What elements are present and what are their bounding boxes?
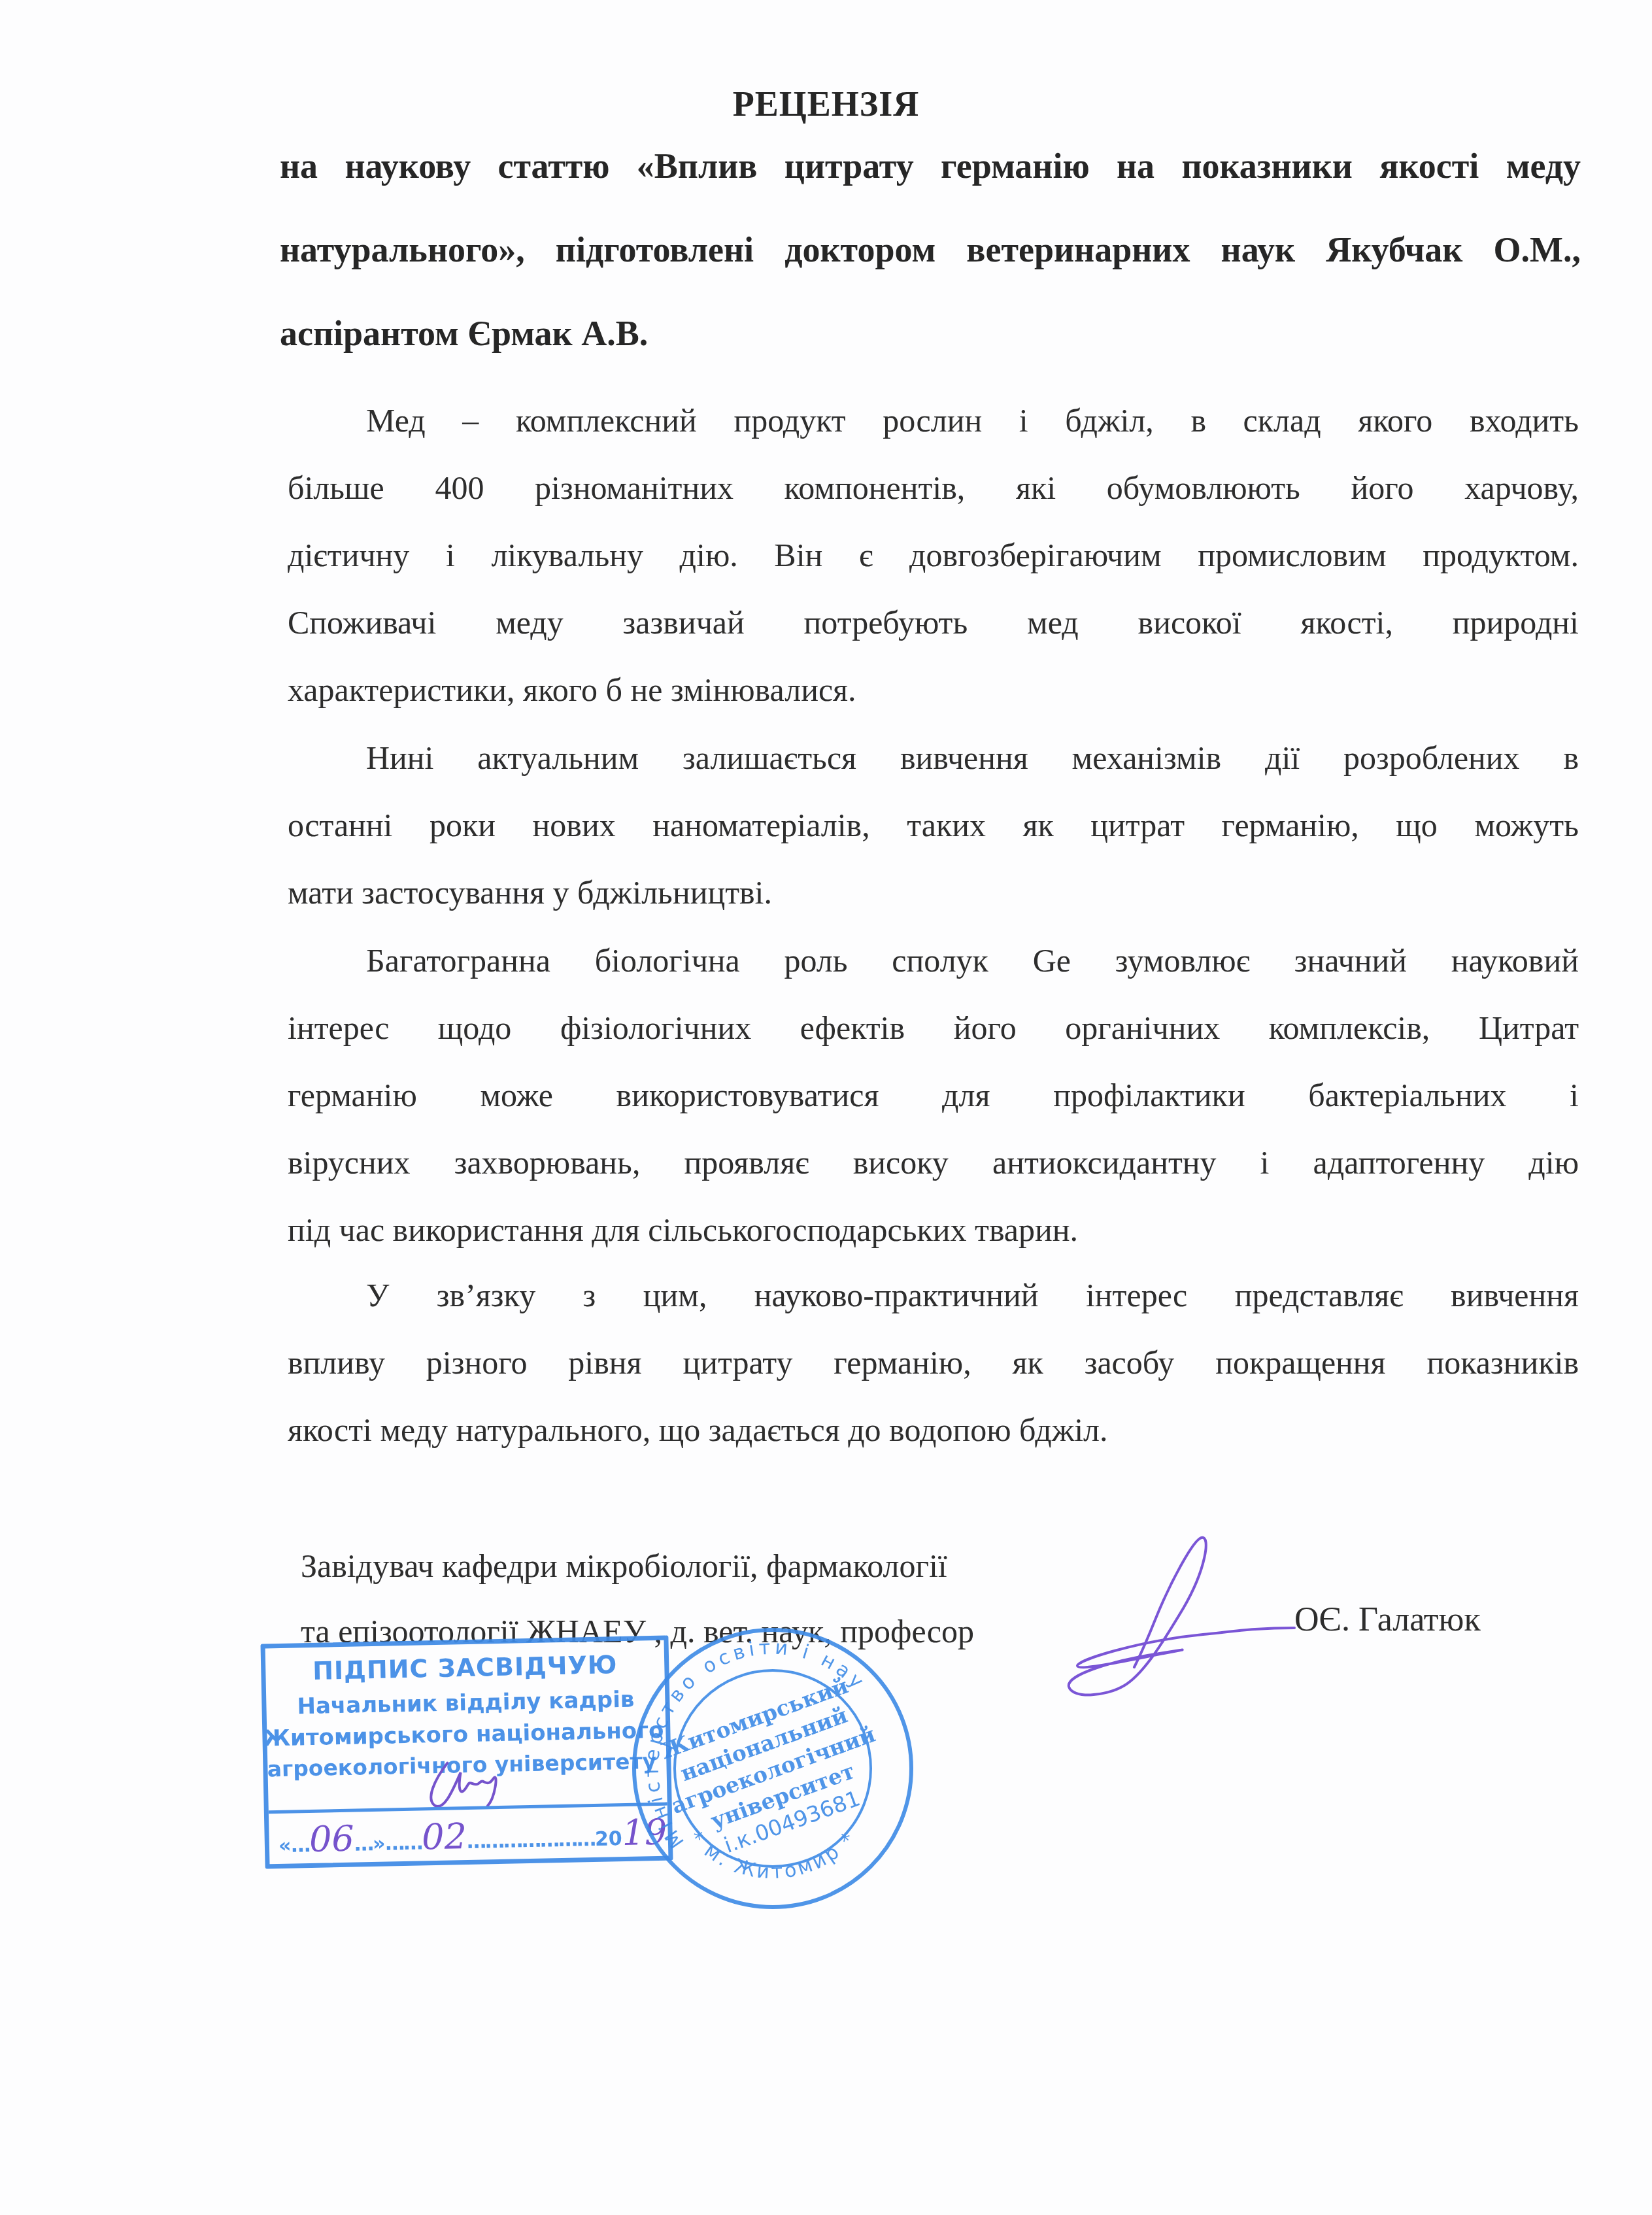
review-document-page: РЕЦЕНЗІЯ на наукову статтю «Вплив цитрат… xyxy=(0,0,1652,2215)
date-dots: …… xyxy=(385,1831,422,1855)
text-line: інтерес щодо фізіологічних ефектів його … xyxy=(288,994,1579,1062)
text-line: У зв’язку з цим, науково-практичний інте… xyxy=(301,1262,1579,1329)
text-line: якості меду натурального, що задається д… xyxy=(288,1396,1579,1464)
paragraph-conclusion: У зв’язку з цим, науково-практичний інте… xyxy=(301,1262,1579,1464)
text-line: дієтичну і лікувальну дію. Він є довгозб… xyxy=(288,522,1579,589)
subtitle-line: на наукову статтю «Вплив цитрату германі… xyxy=(280,124,1581,208)
paragraph-germanium-role: Багатогранна біологічна роль сполук Ge з… xyxy=(301,927,1579,1264)
date-month: 02 xyxy=(422,1816,467,1857)
handwritten-signature-icon xyxy=(1039,1530,1314,1700)
text-line: більше 400 різноманітних компонентів, як… xyxy=(288,454,1579,522)
date-close-quote: » xyxy=(373,1833,386,1855)
text-line: Споживачі меду зазвичай потребують мед в… xyxy=(288,589,1579,656)
stamp-line: Начальник відділу кадрів xyxy=(266,1686,666,1721)
university-seal-icon: Міністерство освіти і науки України * м.… xyxy=(629,1625,917,1912)
date-dots: ………………… xyxy=(467,1828,596,1853)
text-line: германію може використовуватися для проф… xyxy=(288,1062,1579,1129)
document-title: РЕЦЕНЗІЯ xyxy=(0,84,1652,124)
text-line: Нині актуальним залишається вивчення мех… xyxy=(301,724,1579,792)
stamp-date: «…06…»……02…………………2019 xyxy=(278,1812,667,1861)
certification-stamp: ПІДПИС ЗАСВІДЧУЮ Начальник відділу кадрі… xyxy=(260,1636,673,1869)
subtitle-line: натурального», підготовлені доктором вет… xyxy=(280,208,1581,292)
stamp-heading: ПІДПИС ЗАСВІДЧУЮ xyxy=(265,1649,665,1687)
stamp-line: Житомирського національного xyxy=(263,1717,662,1752)
text-line: впливу різного рівня цитрату германію, я… xyxy=(288,1329,1579,1396)
date-dots: … xyxy=(354,1833,373,1856)
text-line: мати застосування у бджільництві. xyxy=(288,859,1579,926)
subtitle-line: аспірантом Єрмак А.В. xyxy=(280,292,1581,375)
text-line: останні роки нових наноматеріалів, таких… xyxy=(288,792,1579,859)
text-line: під час використання для сільськогоспода… xyxy=(288,1196,1579,1264)
document-subtitle: на наукову статтю «Вплив цитрату германі… xyxy=(280,124,1581,375)
text-line: характеристики, якого б не змінювалися. xyxy=(288,656,1579,724)
date-dots: … xyxy=(291,1834,310,1857)
signer-position-line: Завідувач кафедри мікробіології, фармако… xyxy=(301,1533,1543,1598)
text-line: вірусних захворювань, проявляє високу ан… xyxy=(288,1129,1579,1196)
text-line: Мед – комплексний продукт рослин і бджіл… xyxy=(301,387,1579,454)
date-year-prefix: 20 xyxy=(595,1827,622,1851)
signer-name: ОЄ. Галатюк xyxy=(1294,1600,1481,1639)
paragraph-honey: Мед – комплексний продукт рослин і бджіл… xyxy=(301,387,1579,724)
date-open-quote: « xyxy=(278,1835,292,1857)
hr-signature-icon xyxy=(421,1759,507,1813)
paragraph-nanomaterials: Нині актуальним залишається вивчення мех… xyxy=(301,724,1579,926)
date-day: 06 xyxy=(309,1818,354,1860)
text-line: Багатогранна біологічна роль сполук Ge з… xyxy=(301,927,1579,994)
